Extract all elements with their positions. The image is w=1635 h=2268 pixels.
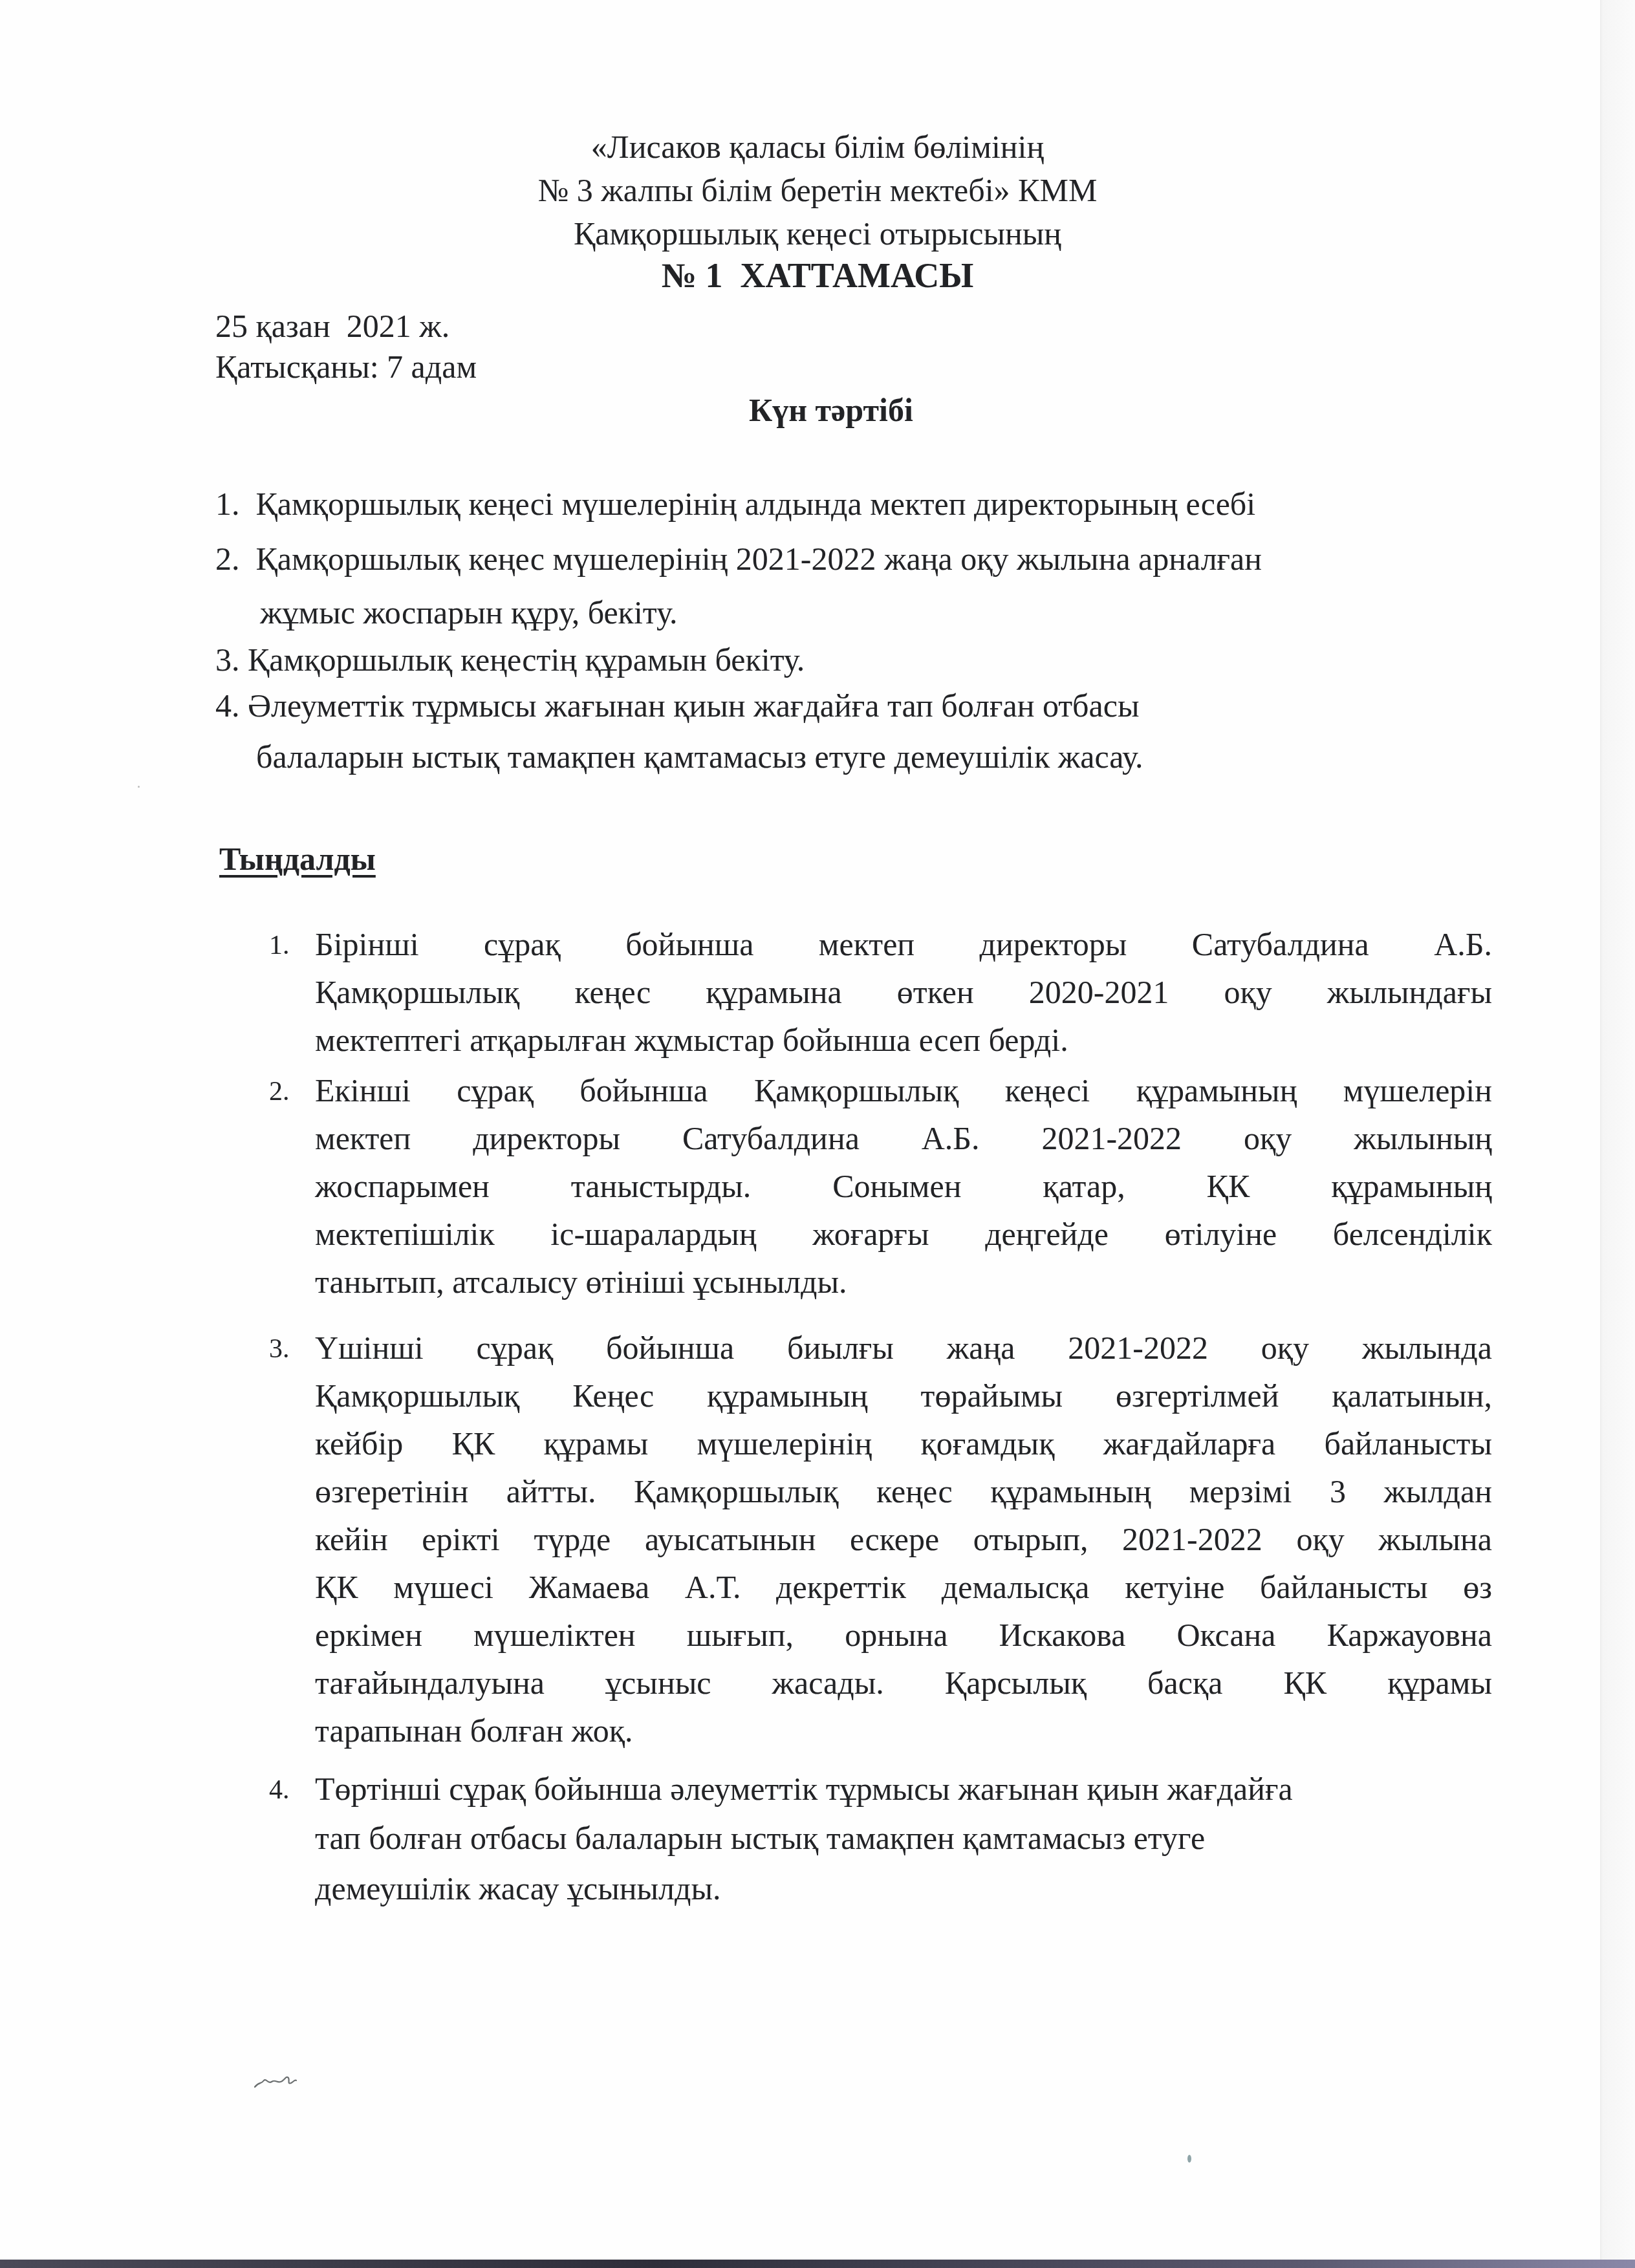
agenda-item: 4. Әлеуметтік тұрмысы жағынан қиын жағда… [215, 686, 1140, 725]
scan-speck [1187, 2155, 1191, 2163]
heard-item-line: еркімен мүшеліктен шығып, орнына Искаков… [315, 1615, 1492, 1654]
agenda-item: 1. Қамқоршылық кеңесі мүшелерінің алдынд… [215, 484, 1255, 523]
heard-item-line: тап болған отбасы балаларын ыстық тамақп… [315, 1819, 1205, 1857]
heard-item-line: мектепішілік іс-шаралардың жоғарғы деңге… [315, 1215, 1492, 1253]
heard-item-line: ҚК мүшесі Жамаева А.Т. декреттік демалыс… [315, 1568, 1492, 1606]
list-number: 4. [269, 1771, 290, 1809]
heard-item-line: демеушілік жасау ұсынылды. [315, 1869, 721, 1908]
heard-item-line: тарапынан болған жоқ. [315, 1711, 633, 1750]
agenda-title: Күн тәртібі [749, 391, 913, 429]
header-org-line-1: «Лисаков қаласы білім бөлімінің [0, 127, 1635, 166]
heard-item-line: жоспарымен таныстырды. Сонымен қатар, ҚК… [315, 1167, 1492, 1205]
meeting-date: 25 қазан 2021 ж. [215, 307, 449, 345]
heard-item-line: танытып, атсалысу өтініші ұсынылды. [315, 1262, 847, 1301]
heard-item-line: мектептегі атқарылған жұмыстар бойынша е… [315, 1021, 1068, 1059]
list-number: 3. [269, 1330, 290, 1368]
attendance-count: Қатысқаны: 7 адам [215, 347, 477, 386]
heard-item-line: мектеп директоры Сатубалдина А.Б. 2021-2… [315, 1119, 1492, 1158]
heard-item-line: Қамқоршылық кеңес құрамына өткен 2020-20… [315, 973, 1492, 1011]
heard-item-line: Үшінші сұрақ бойынша биылғы жаңа 2021-20… [315, 1328, 1492, 1367]
document-title: № 1 ХАТТАМАСЫ [0, 256, 1635, 295]
agenda-item: 3. Қамқоршылық кеңестің құрамын бекіту. [215, 640, 805, 679]
heard-item-line: Қамқоршылық Кеңес құрамының төрайымы өзг… [315, 1376, 1492, 1415]
heard-item-line: кейін ерікті түрде ауысатынын ескере оты… [315, 1520, 1492, 1559]
scan-edge-right [1600, 0, 1635, 2263]
heard-item-line: Екінші сұрақ бойынша Қамқоршылық кеңесі … [315, 1071, 1492, 1110]
agenda-item: 2. Қамқоршылық кеңес мүшелерінің 2021-20… [215, 539, 1262, 578]
heard-section-title: Тыңдалды [219, 839, 376, 878]
agenda-item-continuation: жұмыс жоспарын құру, бекіту. [260, 593, 677, 632]
list-number: 2. [269, 1072, 290, 1111]
list-number: 1. [269, 926, 290, 965]
header-org-line-3: Қамқоршылық кеңесі отырысының [0, 214, 1635, 253]
agenda-item-continuation: балаларын ыстық тамақпен қамтамасыз етуг… [256, 737, 1143, 776]
heard-item-line: Төртінші сұрақ бойынша әлеуметтік тұрмыс… [315, 1769, 1293, 1808]
scanned-document-page: «Лисаков қаласы білім бөлімінің № 3 жалп… [0, 0, 1635, 2268]
heard-item-line: өзгеретінін айтты. Қамқоршылық кеңес құр… [315, 1472, 1492, 1511]
handwritten-mark-icon [254, 2073, 305, 2090]
scan-speck [138, 786, 140, 788]
heard-item-line: кейбір ҚК құрамы мүшелерінің қоғамдық жа… [315, 1424, 1492, 1463]
header-org-line-2: № 3 жалпы білім беретін мектебі» КММ [0, 171, 1635, 210]
heard-item-line: Бірінші сұрақ бойынша мектеп директоры С… [315, 925, 1492, 964]
scan-edge-bottom [0, 2260, 1635, 2268]
heard-item-line: тағайындалуына ұсыныс жасады. Қарсылық б… [315, 1663, 1492, 1702]
